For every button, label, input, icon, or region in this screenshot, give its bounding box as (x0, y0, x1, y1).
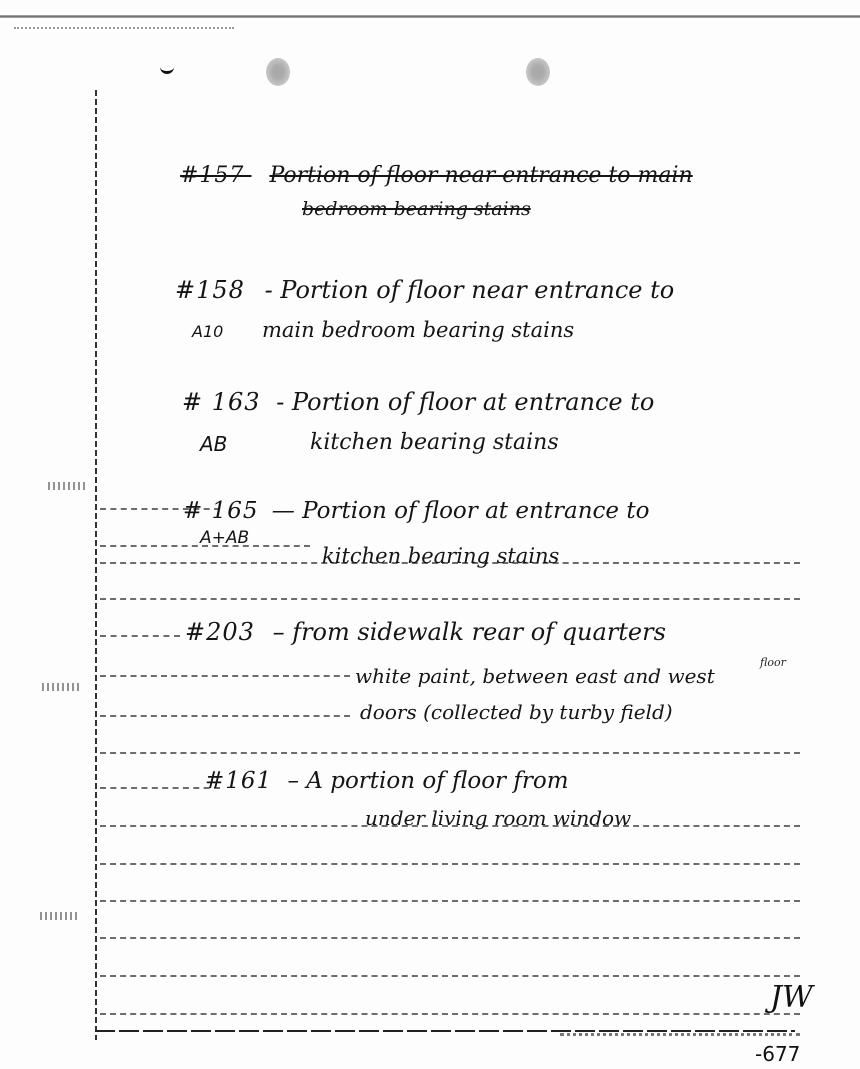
entry-158-line2: main bedroom bearing stains (262, 320, 574, 341)
scan-noise (560, 1033, 800, 1042)
page-number: -677 (755, 1042, 800, 1066)
initials: JW (770, 980, 813, 1015)
entry-number: #157 (180, 163, 244, 188)
entry-number: # 165 (183, 498, 258, 524)
ruled-line (100, 635, 180, 637)
entry-number: #158 (175, 276, 245, 304)
ruled-line (100, 975, 800, 977)
ruled-line (100, 675, 350, 677)
entry-number: # 163 (182, 388, 261, 416)
ruled-line (100, 598, 800, 600)
ruled-line (95, 1030, 795, 1032)
evidence-code: A10 (192, 322, 223, 341)
scan-noise (40, 912, 80, 920)
entry-158-line1: #158 - Portion of floor near entrance to (175, 278, 674, 302)
scan-noise (42, 683, 82, 691)
scan-noise (14, 27, 234, 31)
ruled-line (100, 937, 800, 939)
entry-163-line1: # 163 - Portion of floor at entrance to (182, 390, 654, 414)
entry-203-line1: #203 – from sidewalk rear of quarters (185, 620, 666, 644)
entry-text: Portion of floor near entrance to main (269, 163, 692, 188)
entry-203-line2: white paint, between east and west (355, 666, 715, 686)
entry-text: - Portion of floor at entrance to (276, 388, 654, 416)
entry-text: - Portion of floor near entrance to (265, 276, 675, 304)
entry-text: – A portion of floor from (287, 768, 568, 794)
entry-text: – from sidewalk rear of quarters (273, 618, 666, 646)
entry-number: #161 (205, 768, 272, 794)
ruled-line (100, 752, 800, 754)
scan-noise (48, 482, 88, 490)
entry-157-line2: bedroom bearing stains (302, 200, 531, 219)
ruled-line (100, 715, 350, 717)
entry-157-line1: #157 Portion of floor near entrance to m… (180, 165, 693, 187)
entry-text: — Portion of floor at entrance to (272, 498, 650, 524)
punch-hole-icon (526, 58, 550, 86)
entry-number: #203 (185, 618, 255, 646)
entry-161-line1: #161 – A portion of floor from (205, 770, 569, 793)
ruled-line (100, 787, 220, 789)
entry-165-line1: # 165 — Portion of floor at entrance to (183, 500, 649, 523)
evidence-code: AB (200, 432, 227, 456)
entry-203-line3: doors (collected by turby field) (360, 702, 673, 722)
ruled-line (100, 900, 800, 902)
margin-line (95, 90, 97, 1040)
inserted-word: floor (760, 656, 786, 669)
scan-top-edge (0, 15, 860, 18)
pen-mark (160, 67, 174, 74)
entry-165-line2: kitchen bearing stains (322, 546, 559, 567)
punch-hole-icon (266, 58, 290, 86)
evidence-code: A+AB (200, 528, 249, 548)
entry-161-line2: under living room window (365, 808, 631, 828)
entry-163-line2: kitchen bearing stains (310, 432, 559, 454)
scanned-page: #157 Portion of floor near entrance to m… (0, 0, 860, 1069)
ruled-line (100, 1013, 800, 1015)
ruled-line (100, 863, 800, 865)
